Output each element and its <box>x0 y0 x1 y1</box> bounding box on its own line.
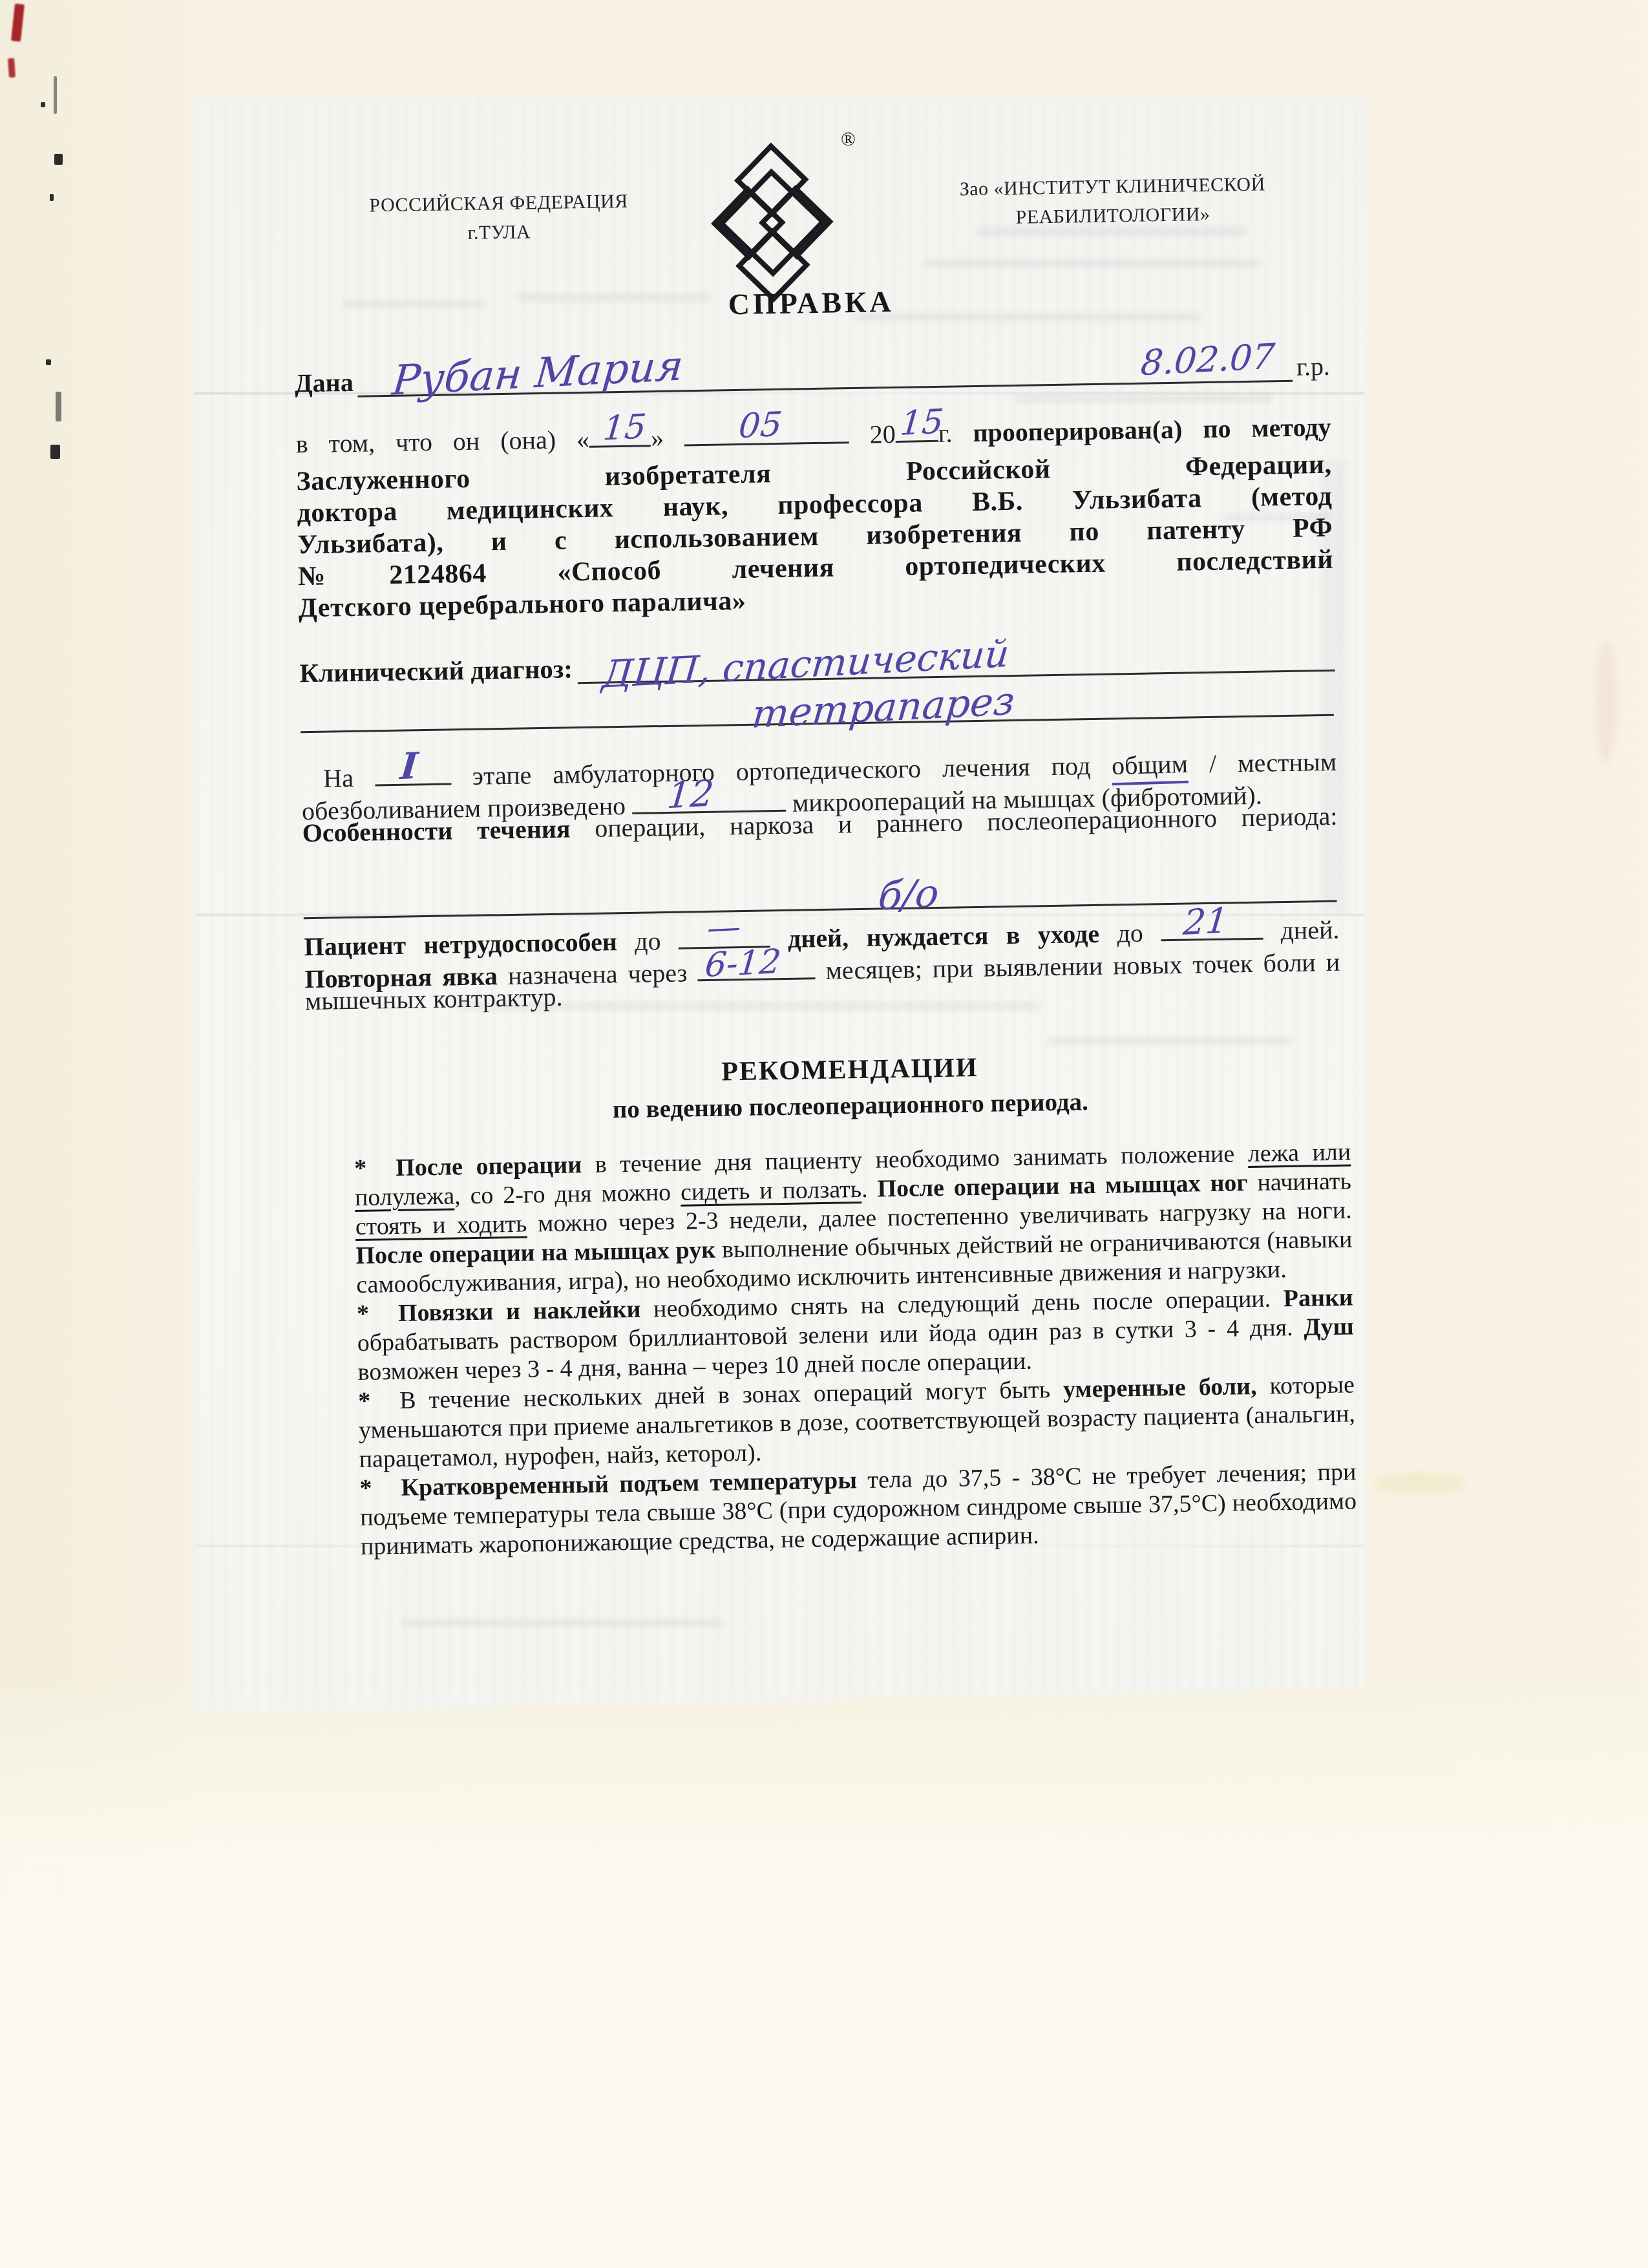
recommendation-segment: . <box>861 1176 878 1203</box>
statement-part2: прооперирован(а) <box>973 415 1183 447</box>
recommendation-segment: умеренные боли, <box>1063 1373 1257 1403</box>
issued-label: Дана <box>295 367 354 398</box>
recommendations-list: *После операции в течение дня пациенту н… <box>354 1138 1357 1561</box>
endless-knot-logo: ® <box>710 138 848 308</box>
diagnosis-blank-line1: ДЦП, спастический <box>577 636 1335 684</box>
scan-smudge <box>1375 1472 1466 1494</box>
method-paragraph: Заслуженного изобретателя Российской Фед… <box>296 449 1334 625</box>
day-blank: 15 <box>589 414 651 448</box>
scan-speck <box>56 392 61 421</box>
patient-name-handwritten: Рубан Мария <box>390 343 684 405</box>
recommendation-item: *Кратковременный подъем температуры тела… <box>359 1457 1357 1562</box>
scan-speck <box>50 445 60 459</box>
header-city: г.ТУЛА <box>337 215 661 249</box>
disability-days2-blank: 21 <box>1161 907 1263 942</box>
certificate-content: РОССИЙСКАЯ ФЕДЕРАЦИЯ г.ТУЛА ® Зао «ИНСТИ… <box>290 90 1352 1724</box>
recommendation-segment: начинать <box>1247 1167 1351 1196</box>
issued-to-row: Дана Рубан Мария 8.02.07 г.р. <box>295 343 1331 399</box>
red-ink-mark <box>8 58 16 78</box>
followup-months-blank: 6-12 <box>697 946 816 981</box>
registered-trademark-icon: ® <box>841 129 856 151</box>
stage-blank: I <box>374 752 451 786</box>
scanned-page: РОССИЙСКАЯ ФЕДЕРАЦИЯ г.ТУЛА ® Зао «ИНСТИ… <box>0 0 1648 2268</box>
recommendation-item: *Повязки и наклейки необходимо снять на … <box>357 1283 1355 1387</box>
year-century: 20 <box>869 419 896 449</box>
name-blank-line: Рубан Мария 8.02.07 <box>357 344 1293 397</box>
day-handwritten: 15 <box>602 407 648 449</box>
recommendation-segment: , со 2-го дня можно <box>454 1179 681 1210</box>
header-country: РОССИЙСКАЯ ФЕДЕРАЦИЯ <box>337 186 660 220</box>
diagnosis-label: Клинический диагноз: <box>299 653 573 688</box>
bullet-marker: * <box>354 1154 396 1183</box>
statement-part3: по методу <box>1203 412 1331 443</box>
recommendation-segment: Повязки и наклейки <box>398 1296 641 1327</box>
red-ink-mark <box>11 3 25 41</box>
scan-speck <box>41 102 45 107</box>
quote-close: » <box>651 423 664 452</box>
certificate-paper: РОССИЙСКАЯ ФЕДЕРАЦИЯ г.ТУЛА ® Зао «ИНСТИ… <box>194 98 1365 1715</box>
statement-row: в том, что он (она) «15» 05 2015г. прооп… <box>295 403 1331 460</box>
bullet-marker: * <box>358 1386 400 1416</box>
year-blank: 15 <box>895 409 938 443</box>
course-label-bold: Особенности течения <box>302 814 571 847</box>
recommendation-segment: Ранки <box>1284 1284 1354 1312</box>
recommendation-item: *В течение нескольких дней в зонах опера… <box>358 1370 1356 1474</box>
recommendation-segment: стоять и ходить <box>355 1211 527 1240</box>
recommendation-segment: Душ <box>1304 1313 1354 1341</box>
quote-open: « <box>576 425 590 454</box>
recommendation-segment: После операции на мышцах рук <box>355 1236 715 1269</box>
month-handwritten: 05 <box>737 405 784 447</box>
recommendation-item: *После операции в течение дня пациенту н… <box>354 1138 1353 1300</box>
recommendation-segment: сидеть и ползать <box>681 1176 862 1206</box>
birthdate-suffix: г.р. <box>1296 351 1331 382</box>
scan-smudge <box>1595 640 1617 763</box>
recommendation-segment: Кратковременный подъем температуры <box>401 1467 857 1501</box>
scan-speck <box>54 154 63 165</box>
bullet-marker: * <box>357 1299 399 1329</box>
endless-knot-icon <box>710 138 841 310</box>
statement-part1: в том, что он (она) <box>295 425 556 459</box>
header-right-block: Зао «ИНСТИТУТ КЛИНИЧЕСКОЙ РЕАБИЛИТОЛОГИИ… <box>905 169 1320 234</box>
scan-speck <box>46 359 51 365</box>
month-blank: 05 <box>684 410 849 446</box>
disability-days1-handwritten: — <box>706 907 743 949</box>
year-handwritten: 15 <box>899 402 945 444</box>
disability-days2-handwritten: 21 <box>1181 900 1230 944</box>
diagnosis-handwritten-line2: тетрапарез <box>750 679 1017 737</box>
scan-speck <box>54 76 57 114</box>
birthdate-handwritten: 8.02.07 <box>1139 336 1276 384</box>
recommendation-segment: После операции на мышцах ног <box>877 1169 1248 1203</box>
scan-speck <box>50 194 54 201</box>
stage-handwritten: I <box>399 745 419 788</box>
bullet-marker: * <box>359 1474 401 1503</box>
recommendation-segment: После операции <box>396 1151 582 1182</box>
followup-text3: мышечных контрактур. <box>305 982 563 1016</box>
header-left-block: РОССИЙСКАЯ ФЕДЕРАЦИЯ г.ТУЛА <box>337 186 660 249</box>
operations-blank: 12 <box>631 779 786 814</box>
